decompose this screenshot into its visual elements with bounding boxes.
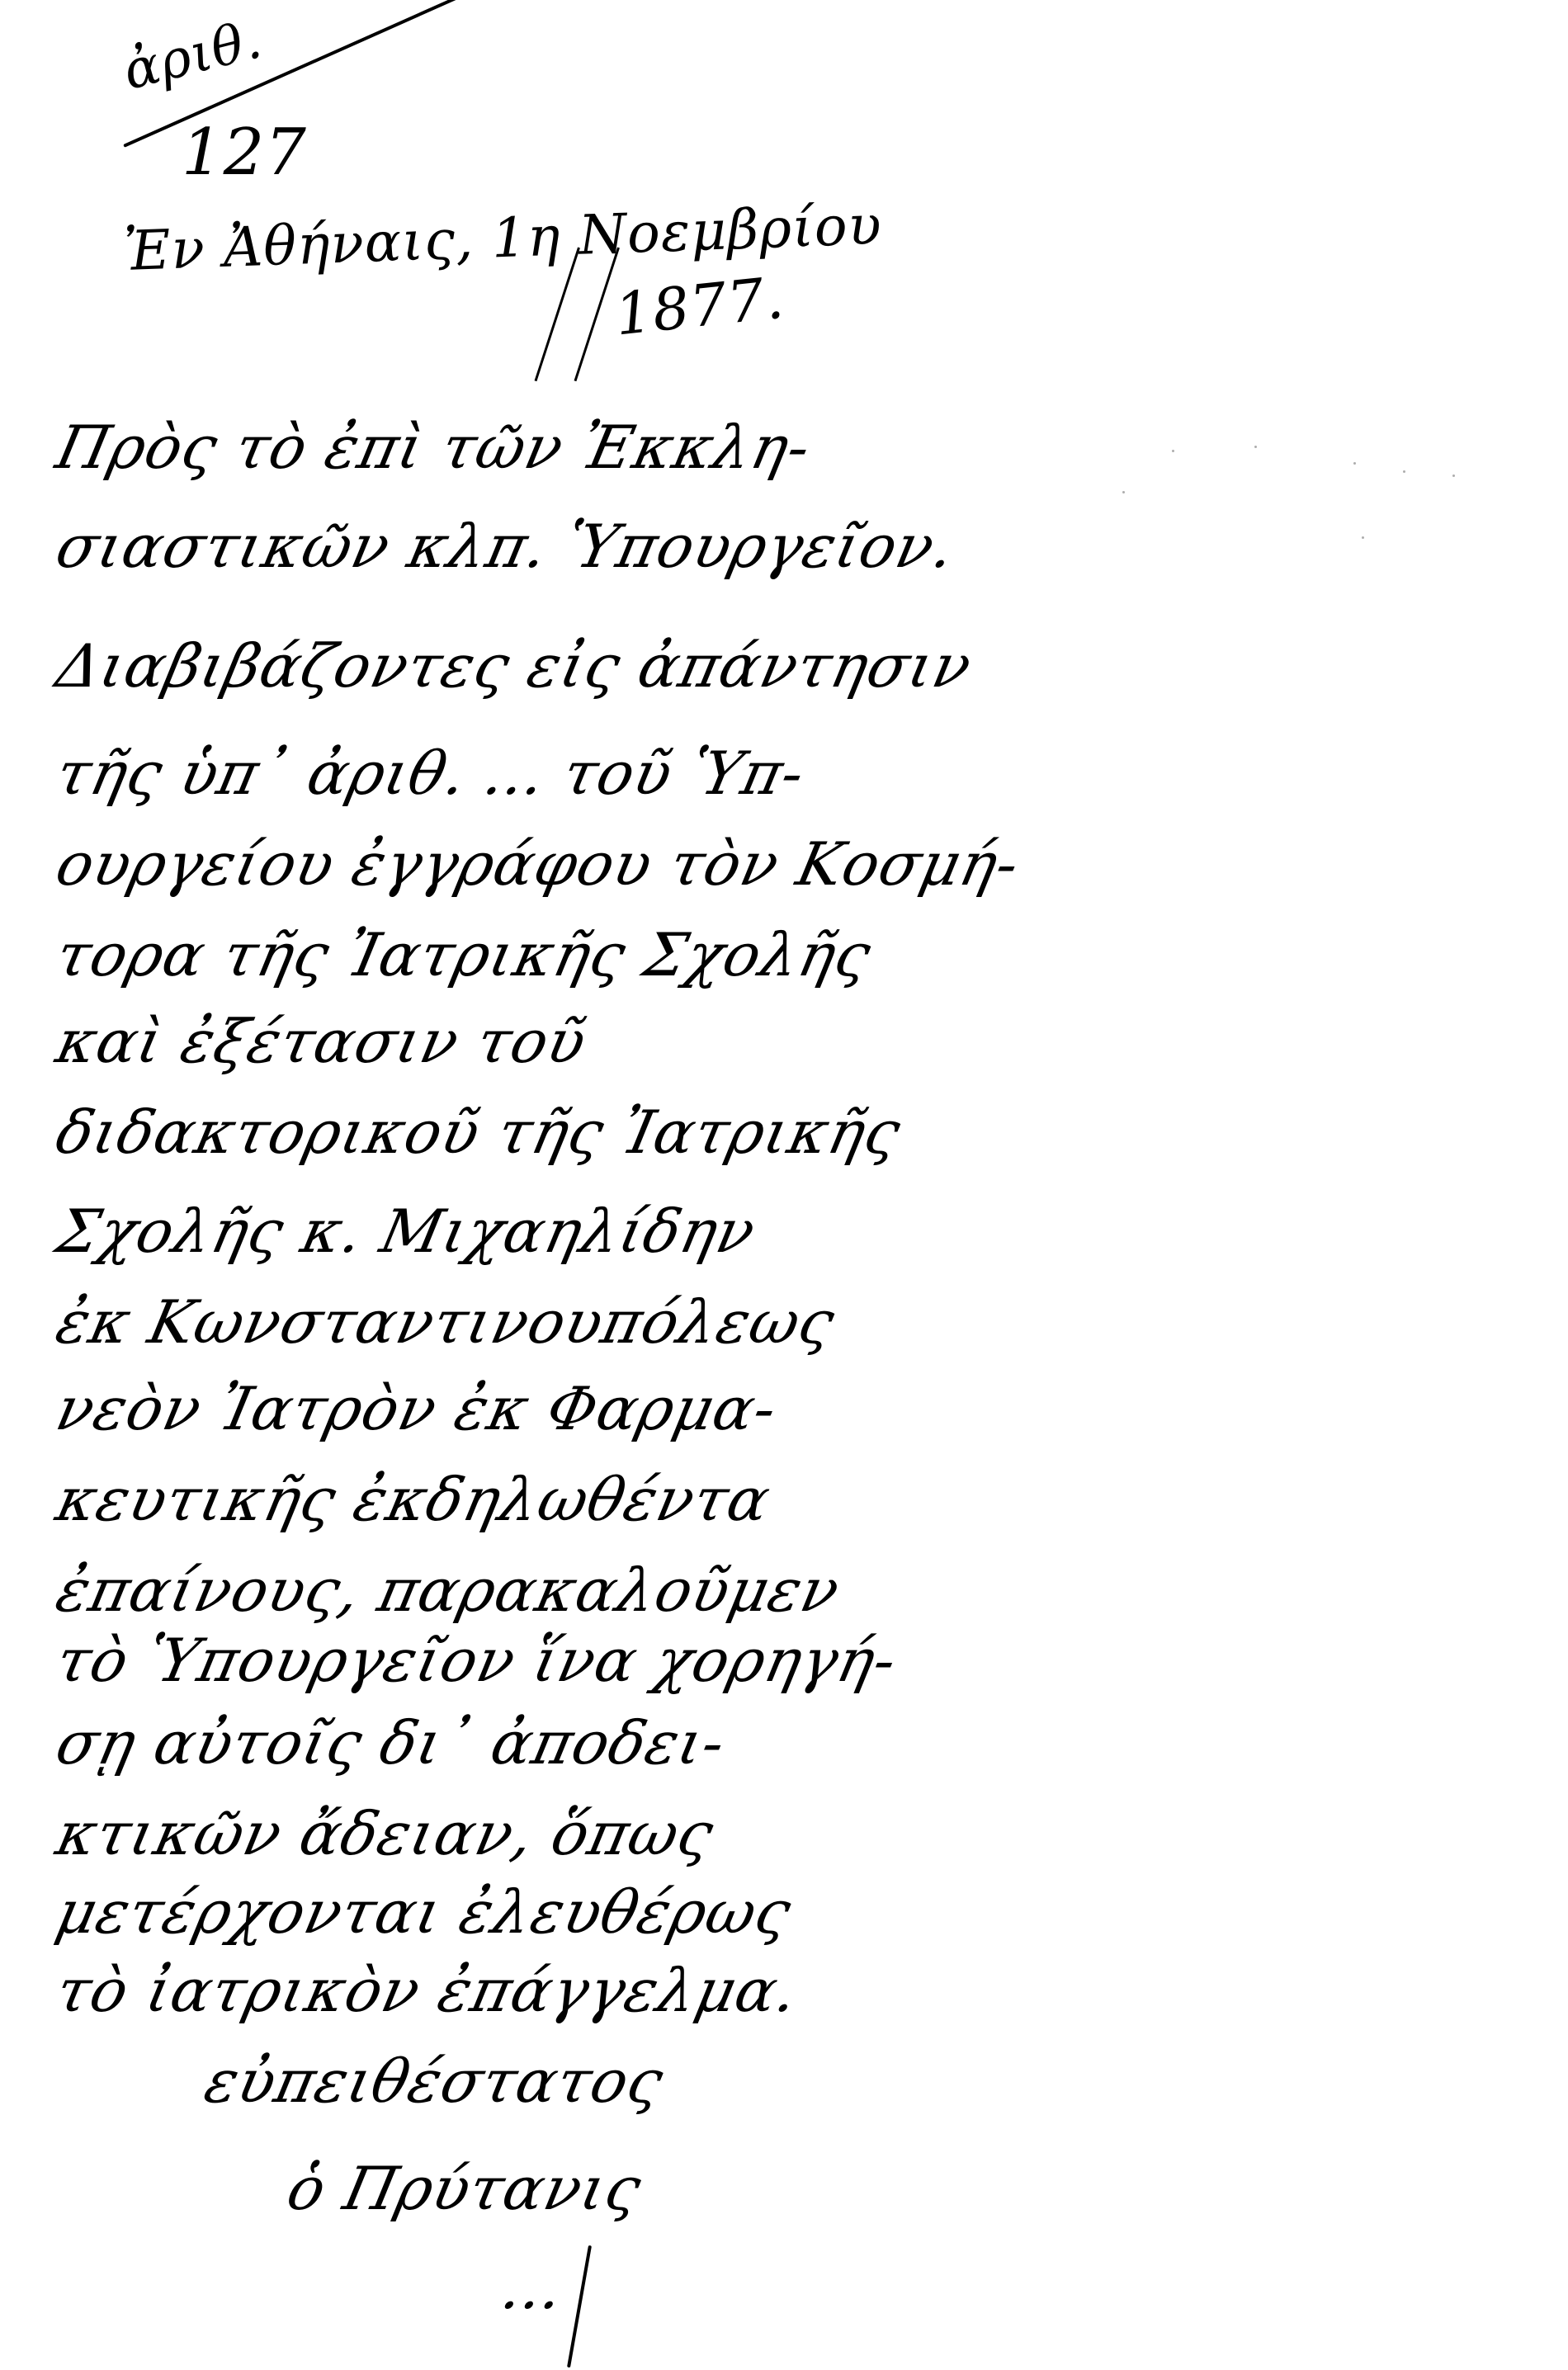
body-line: τὸ Ὑπουργεῖον ἵνα χορηγή- bbox=[50, 1626, 903, 1695]
body-line: κευτικῆς ἐκδηλωθέντα bbox=[50, 1465, 777, 1534]
date-slash bbox=[574, 248, 620, 382]
body-line: ἐκ Κωνσταντινουπόλεως bbox=[50, 1287, 841, 1357]
body-line: νεὸν Ἰατρὸν ἐκ Φαρμα- bbox=[50, 1374, 783, 1443]
body-line: τορα τῆς Ἰατρικῆς Σχολῆς bbox=[50, 920, 877, 989]
body-line: Διαβιβάζοντες εἰς ἀπάντησιν bbox=[50, 631, 978, 701]
closing-title: ὁ Πρύτανις bbox=[281, 2154, 648, 2223]
body-line: καὶ ἐξέτασιν τοῦ bbox=[50, 1007, 593, 1076]
body-line: σῃ αὐτοῖς δι᾽ ἀποδει- bbox=[50, 1708, 731, 1777]
reference-number: 127 bbox=[182, 116, 307, 190]
letter-page: ἀριθ. 127 Ἐν Ἀθήναις, 1η Νοεμβρίου 1877.… bbox=[0, 0, 1568, 2370]
scan-speckle bbox=[1122, 491, 1125, 493]
scan-speckle bbox=[1403, 470, 1405, 473]
body-line: ἐπαίνους, παρακαλοῦμεν bbox=[50, 1556, 846, 1625]
body-line: τὸ ἰατρικὸν ἐπάγγελμα. bbox=[50, 1956, 805, 2025]
scan-speckle bbox=[1353, 462, 1356, 465]
dateline-date: 1η Νοεμβρίου bbox=[491, 193, 883, 270]
body-line: διδακτορικοῦ τῆς Ἰατρικῆς bbox=[50, 1098, 907, 1167]
scan-speckle bbox=[1254, 446, 1257, 448]
reference-label: ἀριθ. bbox=[117, 9, 268, 102]
body-line: τῆς ὑπ᾽ ἀριθ. ... τοῦ Ὑπ- bbox=[50, 739, 811, 808]
dateline-place: Ἐν Ἀθήναις, bbox=[123, 207, 475, 283]
signature-flourish bbox=[567, 2245, 592, 2368]
scan-speckle bbox=[1172, 450, 1174, 452]
dateline-year: 1877. bbox=[612, 263, 787, 348]
body-line: κτικῶν ἄδειαν, ὅπως bbox=[50, 1799, 720, 1868]
body-line: Σχολῆς κ. Μιχαηλίδην bbox=[50, 1197, 762, 1266]
scan-speckle bbox=[1452, 474, 1455, 477]
body-line: Πρὸς τὸ ἐπὶ τῶν Ἐκκλη- bbox=[50, 413, 817, 482]
body-line: ουργείου ἐγγράφου τὸν Κοσμή- bbox=[50, 829, 1026, 899]
body-line: μετέρχονται ἐλευθέρως bbox=[50, 1877, 797, 1947]
body-line: σιαστικῶν κλπ. Ὑπουργεῖον. bbox=[50, 512, 961, 581]
scan-speckle bbox=[1362, 536, 1364, 539]
closing-line: εὐπειθέστατος bbox=[199, 2047, 670, 2116]
signature: ... bbox=[496, 2253, 570, 2322]
